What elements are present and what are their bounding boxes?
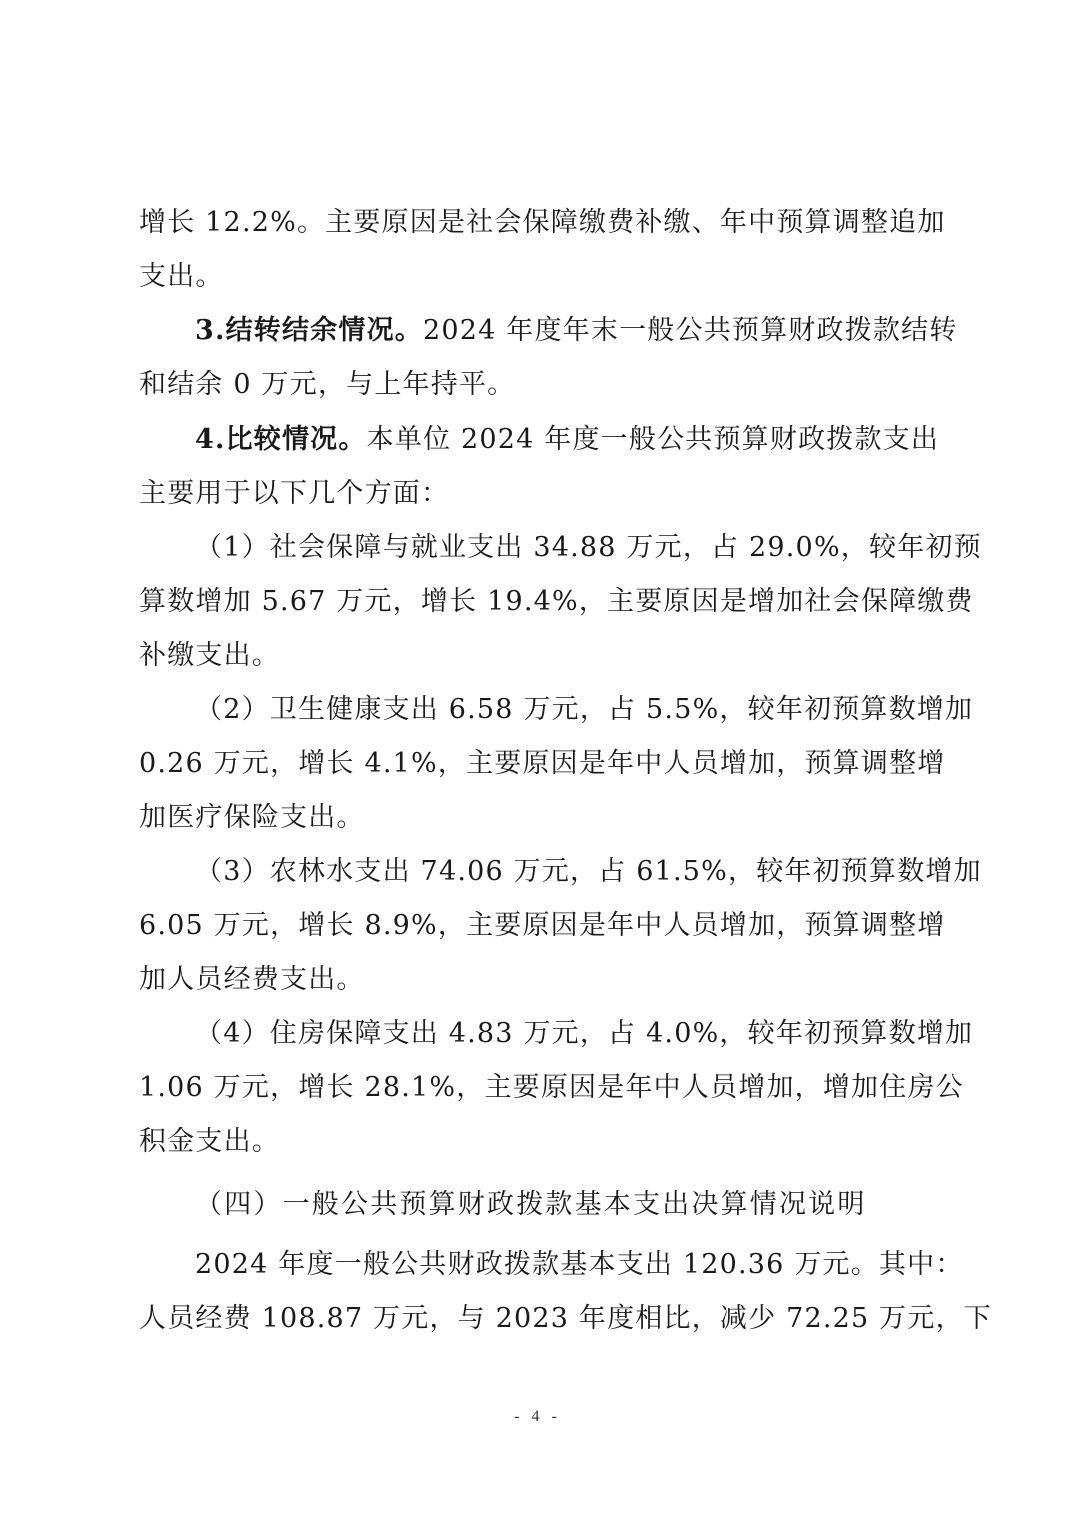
line-text: 补缴支出。 [139,640,280,671]
item-3-line: （3）农林水支出 74.06 万元，占 61.5%，较年初预算数增加 [195,856,939,888]
line-text: （3）农林水支出 74.06 万元，占 61.5%，较年初预算数增加 [195,856,982,887]
line-text: 和结余 0 万元，与上年持平。 [139,369,515,400]
line-text: 2024 年度一般公共财政拨款基本支出 120.36 万元。其中： [195,1249,964,1280]
paragraph-line: 6.05 万元，增长 8.9%，主要原因是年中人员增加，预算调整增 [139,910,939,942]
item-2-line: （2）卫生健康支出 6.58 万元，占 5.5%，较年初预算数增加 [195,694,939,726]
paragraph-line: 积金支出。 [139,1126,939,1158]
paragraph-line: 加医疗保险支出。 [139,802,939,834]
paragraph-line: 和结余 0 万元，与上年持平。 [139,369,939,401]
line-text: 本单位 2024 年度一般公共预算财政拨款支出 [367,424,939,455]
paragraph-line: 加人员经费支出。 [139,964,939,996]
item-1-line: （1）社会保障与就业支出 34.88 万元，占 29.0%，较年初预 [195,532,939,564]
paragraph-line: 支出。 [139,261,939,293]
line-text: 算数增加 5.67 万元，增长 19.4%，主要原因是增加社会保障缴费 [139,586,974,617]
section-3-heading: 3.结转结余情况。 [195,315,423,346]
document-page: 增长 12.2%。主要原因是社会保障缴费补缴、年中预算调整追加 支出。 3.结转… [0,0,1075,1520]
item-4-line: （4）住房保障支出 4.83 万元，占 4.0%，较年初预算数增加 [195,1018,939,1050]
line-text: 加医疗保险支出。 [139,802,365,833]
paragraph-line: 人员经费 108.87 万元，与 2023 年度相比，减少 72.25 万元，下 [139,1303,939,1335]
line-text: 积金支出。 [139,1126,280,1157]
paragraph-line: 1.06 万元，增长 28.1%，主要原因是年中人员增加，增加住房公 [139,1072,939,1104]
page-number: - 4 - [0,1408,1075,1426]
line-text: （1）社会保障与就业支出 34.88 万元，占 29.0%，较年初预 [195,532,982,563]
line-text: 增长 12.2%。主要原因是社会保障缴费补缴、年中预算调整追加 [139,207,946,238]
line-text: 6.05 万元，增长 8.9%，主要原因是年中人员增加，预算调整增 [139,910,945,941]
line-text: （4）住房保障支出 4.83 万元，占 4.0%，较年初预算数增加 [195,1018,973,1049]
paragraph-line: 增长 12.2%。主要原因是社会保障缴费补缴、年中预算调整追加 [139,207,939,239]
section-four-heading: （四）一般公共预算财政拨款基本支出决算情况说明 [195,1189,865,1221]
paragraph-line: 补缴支出。 [139,640,939,672]
section-3-heading-line: 3.结转结余情况。2024 年度年末一般公共预算财政拨款结转 [195,315,939,347]
line-text: 0.26 万元，增长 4.1%，主要原因是年中人员增加，预算调整增 [139,748,945,779]
line-text: 加人员经费支出。 [139,964,365,995]
line-text: （2）卫生健康支出 6.58 万元，占 5.5%，较年初预算数增加 [195,694,973,725]
line-text: 1.06 万元，增长 28.1%，主要原因是年中人员增加，增加住房公 [139,1072,964,1103]
line-text: 2024 年度年末一般公共预算财政拨款结转 [423,315,958,346]
line-text: 主要用于以下几个方面： [139,478,449,509]
line-text: 人员经费 108.87 万元，与 2023 年度相比，减少 72.25 万元，下 [139,1303,992,1334]
paragraph-line: 主要用于以下几个方面： [139,478,939,510]
line-text: 支出。 [139,261,224,292]
paragraph-line: 0.26 万元，增长 4.1%，主要原因是年中人员增加，预算调整增 [139,748,939,780]
section-4-heading: 4.比较情况。 [195,424,367,455]
paragraph-line: 算数增加 5.67 万元，增长 19.4%，主要原因是增加社会保障缴费 [139,586,939,618]
heading-text: （四）一般公共预算财政拨款基本支出决算情况说明 [195,1189,865,1220]
paragraph-line: 2024 年度一般公共财政拨款基本支出 120.36 万元。其中： [195,1249,939,1281]
section-4-heading-line: 4.比较情况。本单位 2024 年度一般公共预算财政拨款支出 [195,424,939,456]
